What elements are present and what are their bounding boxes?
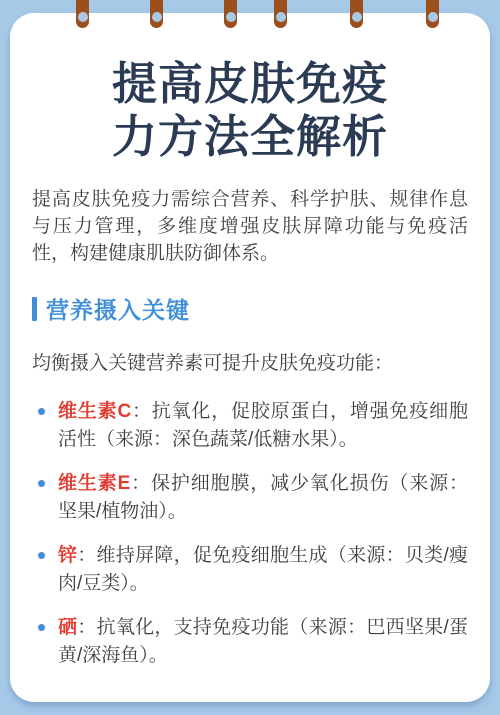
pin-icon xyxy=(76,0,89,28)
pin-hole-icon xyxy=(352,12,362,22)
list-item: 锌：维持屏障，促免疫细胞生成（来源：贝类/瘦肉/豆类）。 xyxy=(32,542,468,598)
bullet-dot-icon xyxy=(38,408,45,415)
nutrient-keyword: 维生素E xyxy=(58,473,130,494)
nutrient-desc: ：抗氧化，支持免疫功能（来源：巴西坚果/蛋黄/深海鱼）。 xyxy=(58,617,468,666)
page-title: 提高皮肤免疫 力方法全解析 xyxy=(32,57,468,163)
list-item: 维生素C：抗氧化，促胶原蛋白，增强免疫细胞活性（来源：深色蔬菜/低糖水果）。 xyxy=(32,398,468,454)
list-item: 维生素E：保护细胞膜，减少氧化损伤（来源：坚果/植物油）。 xyxy=(32,470,468,526)
pin-hole-icon xyxy=(152,12,162,22)
nutrient-keyword: 锌 xyxy=(58,545,77,566)
section-title: 营养摄入关键 xyxy=(46,292,190,325)
section-accent-bar xyxy=(32,297,37,321)
pin-icon xyxy=(350,0,363,28)
bullet-dot-icon xyxy=(38,480,45,487)
section-header: 营养摄入关键 xyxy=(32,292,468,325)
content-card: 提高皮肤免疫 力方法全解析 提高皮肤免疫力需综合营养、科学护肤、规律作息与压力管… xyxy=(10,13,490,702)
pin-hole-icon xyxy=(78,12,88,22)
bullet-dot-icon xyxy=(38,552,45,559)
pin-icon xyxy=(150,0,163,28)
pin-hole-icon xyxy=(276,12,286,22)
list-item: 硒：抗氧化，支持免疫功能（来源：巴西坚果/蛋黄/深海鱼）。 xyxy=(32,614,468,670)
section-subline: 均衡摄入关键营养素可提升皮肤免疫功能： xyxy=(32,350,468,377)
pin-icon xyxy=(224,0,237,28)
intro-paragraph: 提高皮肤免疫力需综合营养、科学护肤、规律作息与压力管理，多维度增强皮肤屏障功能与… xyxy=(32,186,468,267)
pin-hole-icon xyxy=(226,12,236,22)
pin-hole-icon xyxy=(428,12,438,22)
page-title-line2: 力方法全解析 xyxy=(32,110,468,163)
page-title-line1: 提高皮肤免疫 xyxy=(32,57,468,110)
nutrient-list: 维生素C：抗氧化，促胶原蛋白，增强免疫细胞活性（来源：深色蔬菜/低糖水果）。 维… xyxy=(32,398,468,670)
nutrient-keyword: 维生素C xyxy=(58,401,131,422)
nutrient-keyword: 硒 xyxy=(58,617,77,638)
poster-page: 提高皮肤免疫 力方法全解析 提高皮肤免疫力需综合营养、科学护肤、规律作息与压力管… xyxy=(0,0,500,715)
pin-icon xyxy=(426,0,439,28)
bullet-dot-icon xyxy=(38,624,45,631)
nutrient-desc: ：维持屏障，促免疫细胞生成（来源：贝类/瘦肉/豆类）。 xyxy=(58,545,468,594)
pin-icon xyxy=(274,0,287,28)
